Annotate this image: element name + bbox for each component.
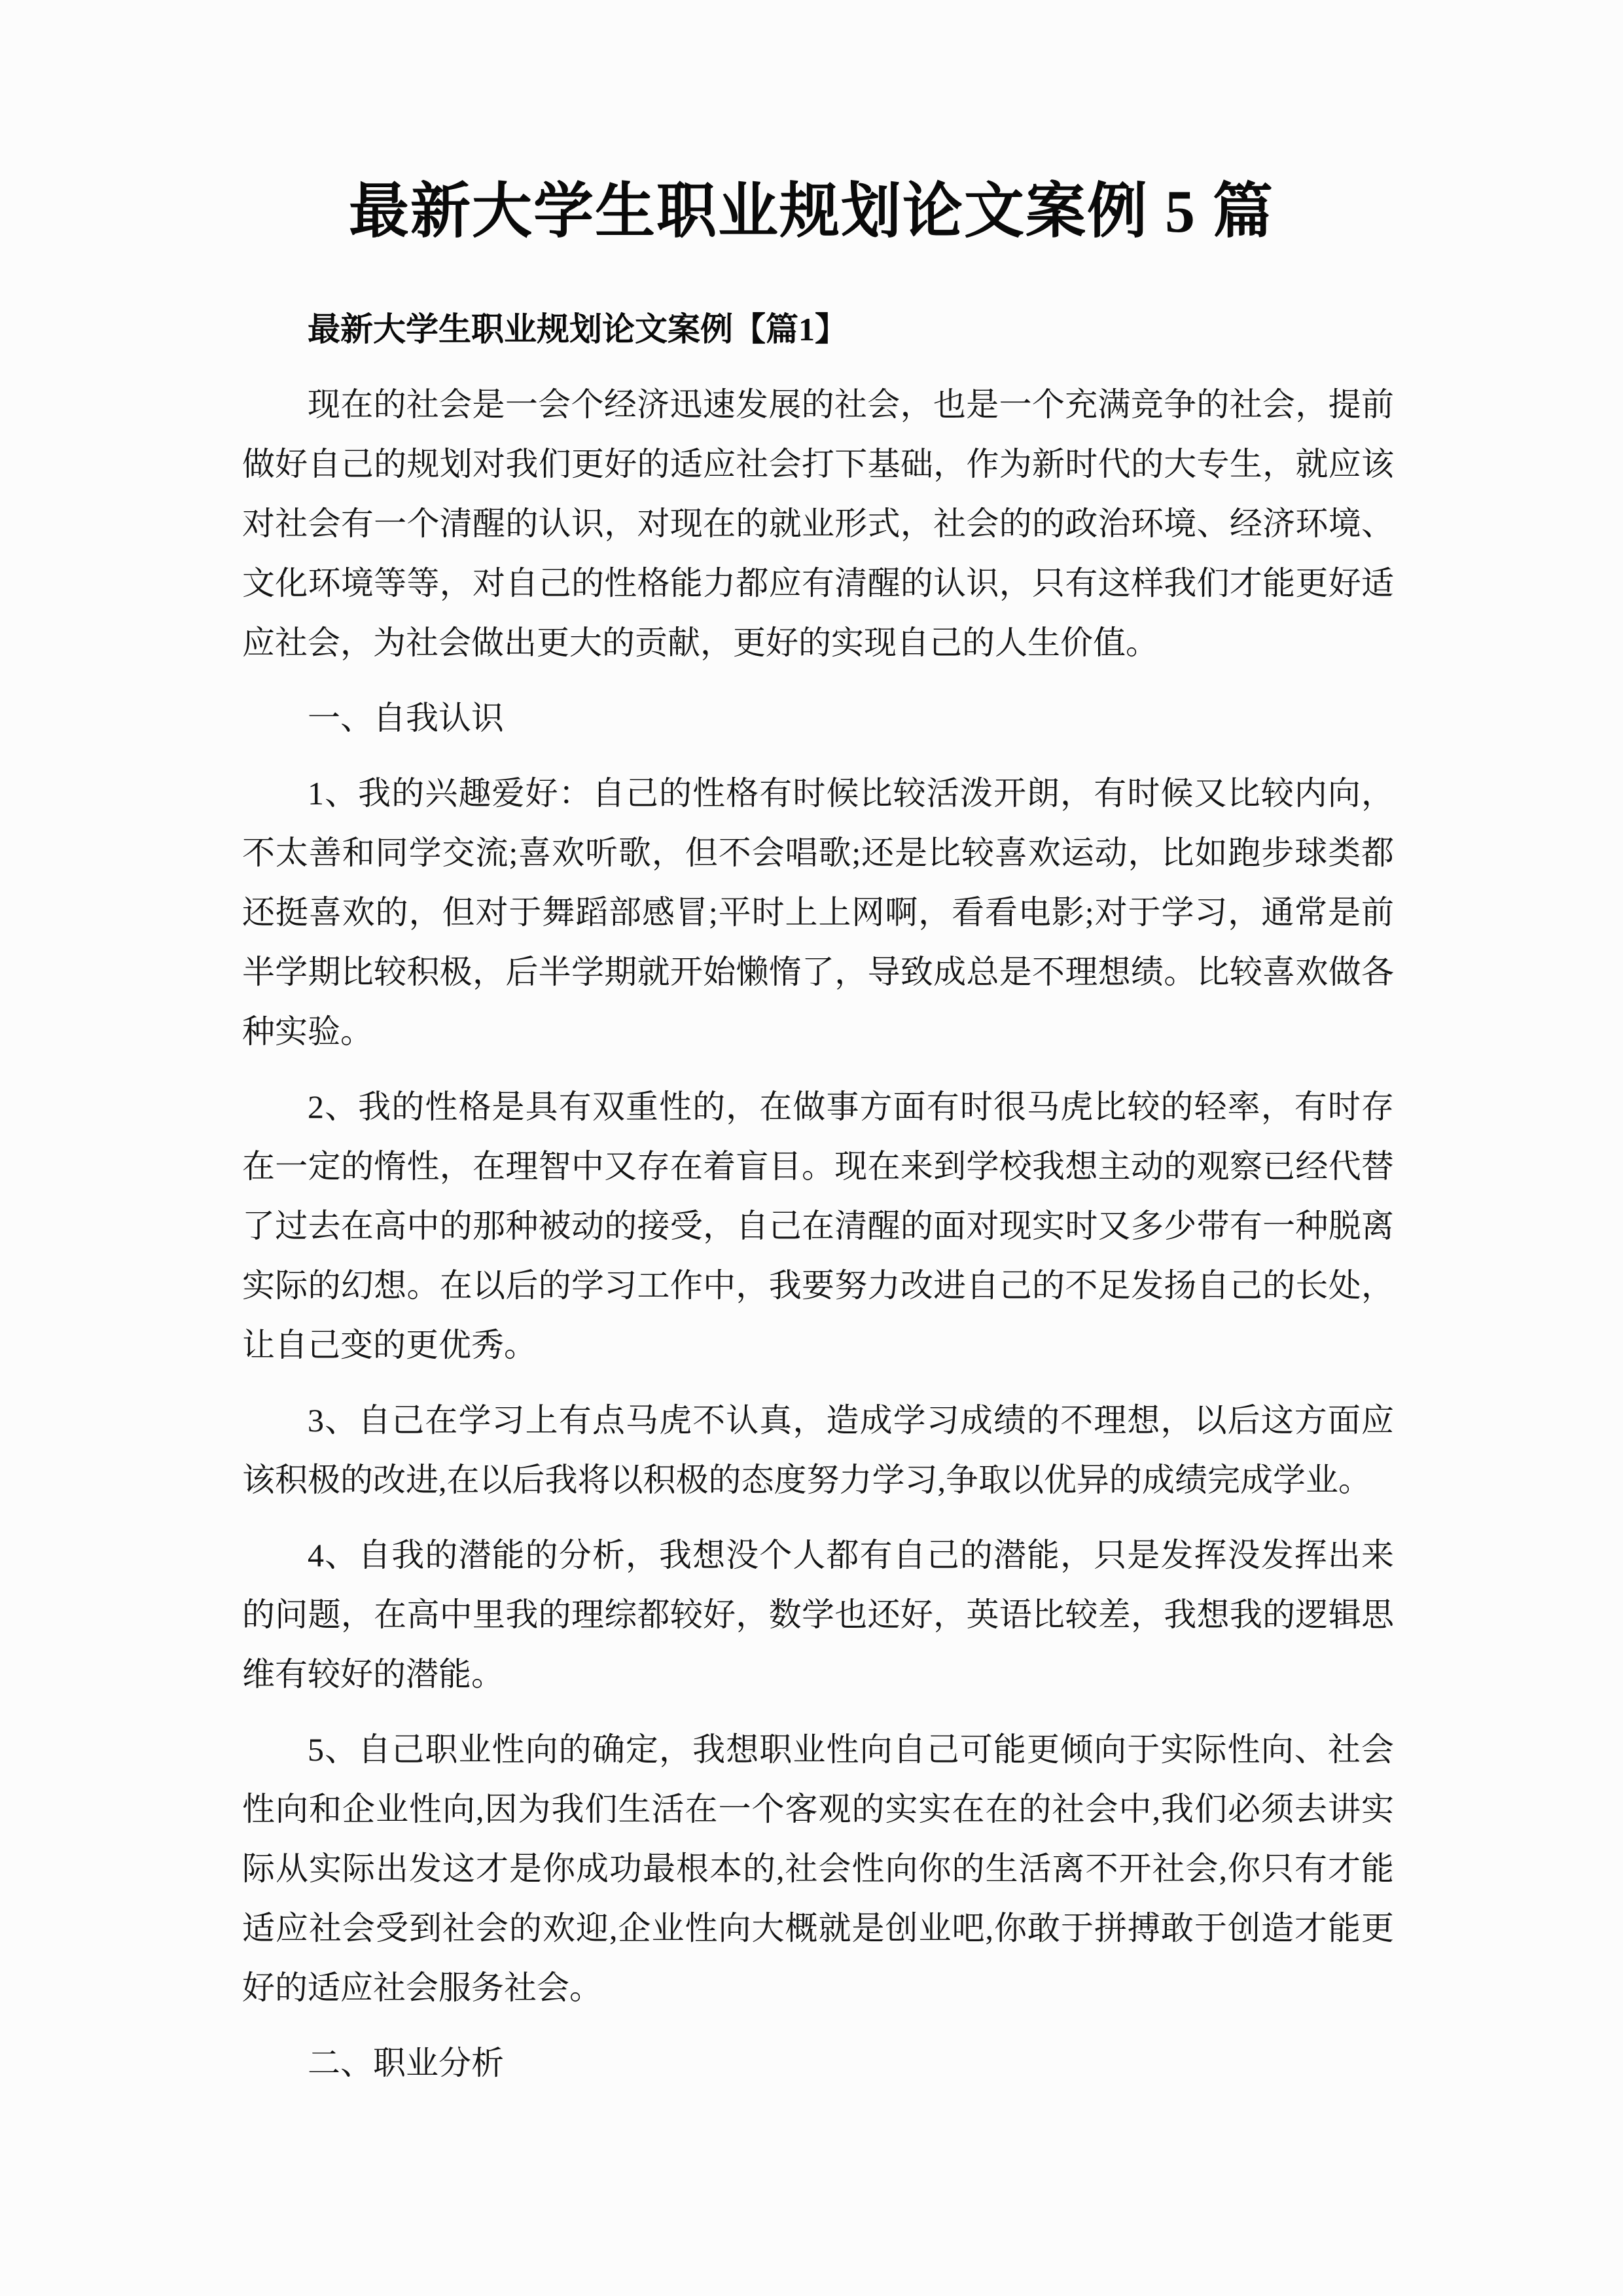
document-subtitle: 最新大学生职业规划论文案例【篇1】 — [242, 300, 1394, 359]
body-paragraph-intro: 现在的社会是一会个经济迅速发展的社会，也是一个充满竞争的社会，提前做好自己的规划… — [242, 375, 1394, 673]
body-paragraph-item-3: 3、自己在学习上有点马虎不认真，造成学习成绩的不理想，以后这方面应该积极的改进,… — [242, 1391, 1394, 1510]
document-page: 最新大学生职业规划论文案例 5 篇 最新大学生职业规划论文案例【篇1】 现在的社… — [0, 0, 1623, 2296]
body-paragraph-item-1: 1、我的兴趣爱好：自己的性格有时候比较活泼开朗，有时候又比较内向，不太善和同学交… — [242, 764, 1394, 1062]
body-paragraph-item-2: 2、我的性格是具有双重性的，在做事方面有时很马虎比较的轻率，有时存在一定的惰性，… — [242, 1077, 1394, 1375]
body-paragraph-item-4: 4、自我的潜能的分析，我想没个人都有自己的潜能，只是发挥没发挥出来的问题，在高中… — [242, 1526, 1394, 1704]
section-heading-career-analysis: 二、职业分析 — [242, 2034, 1394, 2093]
document-body: 最新大学生职业规划论文案例【篇1】 现在的社会是一会个经济迅速发展的社会，也是一… — [242, 300, 1394, 2093]
body-paragraph-item-5: 5、自己职业性向的确定，我想职业性向自己可能更倾向于实际性向、社会性向和企业性向… — [242, 1720, 1394, 2018]
page-title: 最新大学生职业规划论文案例 5 篇 — [0, 0, 1623, 247]
section-heading-self-awareness: 一、自我认识 — [242, 689, 1394, 748]
